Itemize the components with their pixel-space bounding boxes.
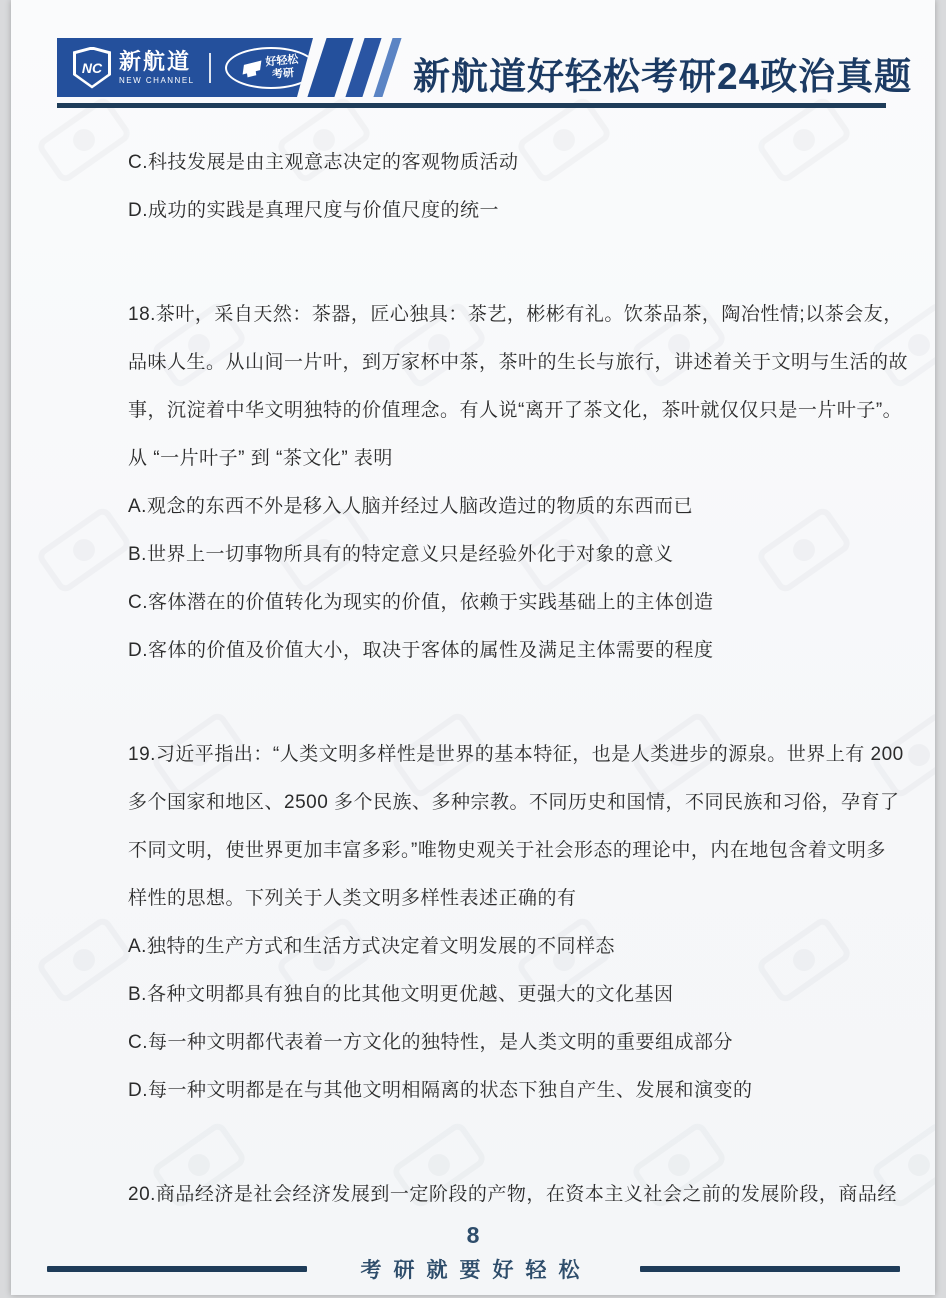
page-footer: 8 考研就要好轻松 xyxy=(11,1222,935,1284)
watermark-logo xyxy=(34,505,133,595)
question-block-q17-remaining-options: C.科技发展是由主观意志决定的客观物质活动D.成功的实践是真理尺度与价值尺度的统… xyxy=(128,136,875,232)
question-line: A.独特的生产方式和生活方式决定着文明发展的不同样态 xyxy=(128,920,875,968)
question-line: 多个国家和地区、2500 多个民族、多种宗教。不同历史和国情，不同民族和习俗，孕… xyxy=(128,776,875,824)
brand-name-cn: 新航道 xyxy=(119,51,195,73)
graduation-cap-icon xyxy=(242,61,261,75)
haoqingsong-kaoyan-badge: 好轻松 考研 xyxy=(225,47,317,89)
page-number: 8 xyxy=(11,1222,935,1249)
question-line: 不同文明，使世界更加丰富多彩。”唯物史观关于社会形态的理论中，内在地包含着文明多 xyxy=(128,824,875,872)
badge-text: 好轻松 考研 xyxy=(265,53,300,81)
question-line: 样性的思想。下列关于人类文明多样性表述正确的有 xyxy=(128,872,875,920)
question-content: C.科技发展是由主观意志决定的客观物质活动D.成功的实践是真理尺度与价值尺度的统… xyxy=(128,136,875,1216)
question-line: 事，沉淀着中华文明独特的价值理念。有人说“离开了茶文化，茶叶就仅仅只是一片叶子”… xyxy=(128,384,875,432)
question-line: 从 “一片叶子” 到 “茶文化” 表明 xyxy=(128,432,875,480)
footer-slogan: 考研就要好轻松 xyxy=(355,1254,592,1284)
header-divider xyxy=(57,103,886,108)
logo-divider xyxy=(209,53,211,83)
nc-monogram: NC xyxy=(76,50,108,86)
question-line: 19.习近平指出：“人类文明多样性是世界的基本特征，也是人类进步的源泉。世界上有… xyxy=(128,728,875,776)
question-line: D.每一种文明都是在与其他文明相隔离的状态下独自产生、发展和演变的 xyxy=(128,1064,875,1112)
question-line: 品味人生。从山间一片叶，到万家杯中茶，茶叶的生长与旅行，讲述着关于文明与生活的故 xyxy=(128,336,875,384)
question-line: C.科技发展是由主观意志决定的客观物质活动 xyxy=(128,136,875,184)
page-title: 新航道好轻松考研24政治真题 xyxy=(413,46,912,100)
question-line: A.观念的东西不外是移入人脑并经过人脑改造过的物质的东西而已 xyxy=(128,480,875,528)
question-line: D.成功的实践是真理尺度与价值尺度的统一 xyxy=(128,184,875,232)
question-block-q18: 18.茶叶，采自天然：茶器，匠心独具：茶艺，彬彬有礼。饮茶品茶，陶冶性情;以茶会… xyxy=(128,288,875,672)
brand-name-en: NEW CHANNEL xyxy=(119,76,195,85)
footer-slogan-row: 考研就要好轻松 xyxy=(11,1254,935,1284)
question-block-q20: 20.商品经济是社会经济发展到一定阶段的产物，在资本主义社会之前的发展阶段，商品… xyxy=(128,1168,875,1216)
watermark-logo xyxy=(34,915,133,1005)
badge-text-line2: 考研 xyxy=(271,67,294,82)
document-page: NC 新航道 NEW CHANNEL 好轻松 考研 新航道好轻松考研24政治真题… xyxy=(11,0,935,1295)
question-line: B.各种文明都具有独自的比其他文明更优越、更强大的文化基因 xyxy=(128,968,875,1016)
question-line: C.客体潜在的价值转化为现实的价值，依赖于实践基础上的主体创造 xyxy=(128,576,875,624)
footer-rule-right xyxy=(640,1266,900,1272)
brand-name: 新航道 NEW CHANNEL xyxy=(119,51,195,85)
watermark-logo xyxy=(34,95,133,185)
question-line: D.客体的价值及价值大小，取决于客体的属性及满足主体需要的程度 xyxy=(128,624,875,672)
question-line: 20.商品经济是社会经济发展到一定阶段的产物，在资本主义社会之前的发展阶段，商品… xyxy=(128,1168,875,1216)
question-line: B.世界上一切事物所具有的特定意义只是经验外化于对象的意义 xyxy=(128,528,875,576)
question-line: 18.茶叶，采自天然：茶器，匠心独具：茶艺，彬彬有礼。饮茶品茶，陶冶性情;以茶会… xyxy=(128,288,875,336)
footer-rule-left xyxy=(47,1266,307,1272)
question-line: C.每一种文明都代表着一方文化的独特性，是人类文明的重要组成部分 xyxy=(128,1016,875,1064)
banner-diagonal-stripes xyxy=(317,38,392,97)
nc-shield-logo: NC xyxy=(73,47,111,89)
question-block-q19: 19.习近平指出：“人类文明多样性是世界的基本特征，也是人类进步的源泉。世界上有… xyxy=(128,728,875,1112)
brand-banner: NC 新航道 NEW CHANNEL 好轻松 考研 xyxy=(57,38,313,97)
